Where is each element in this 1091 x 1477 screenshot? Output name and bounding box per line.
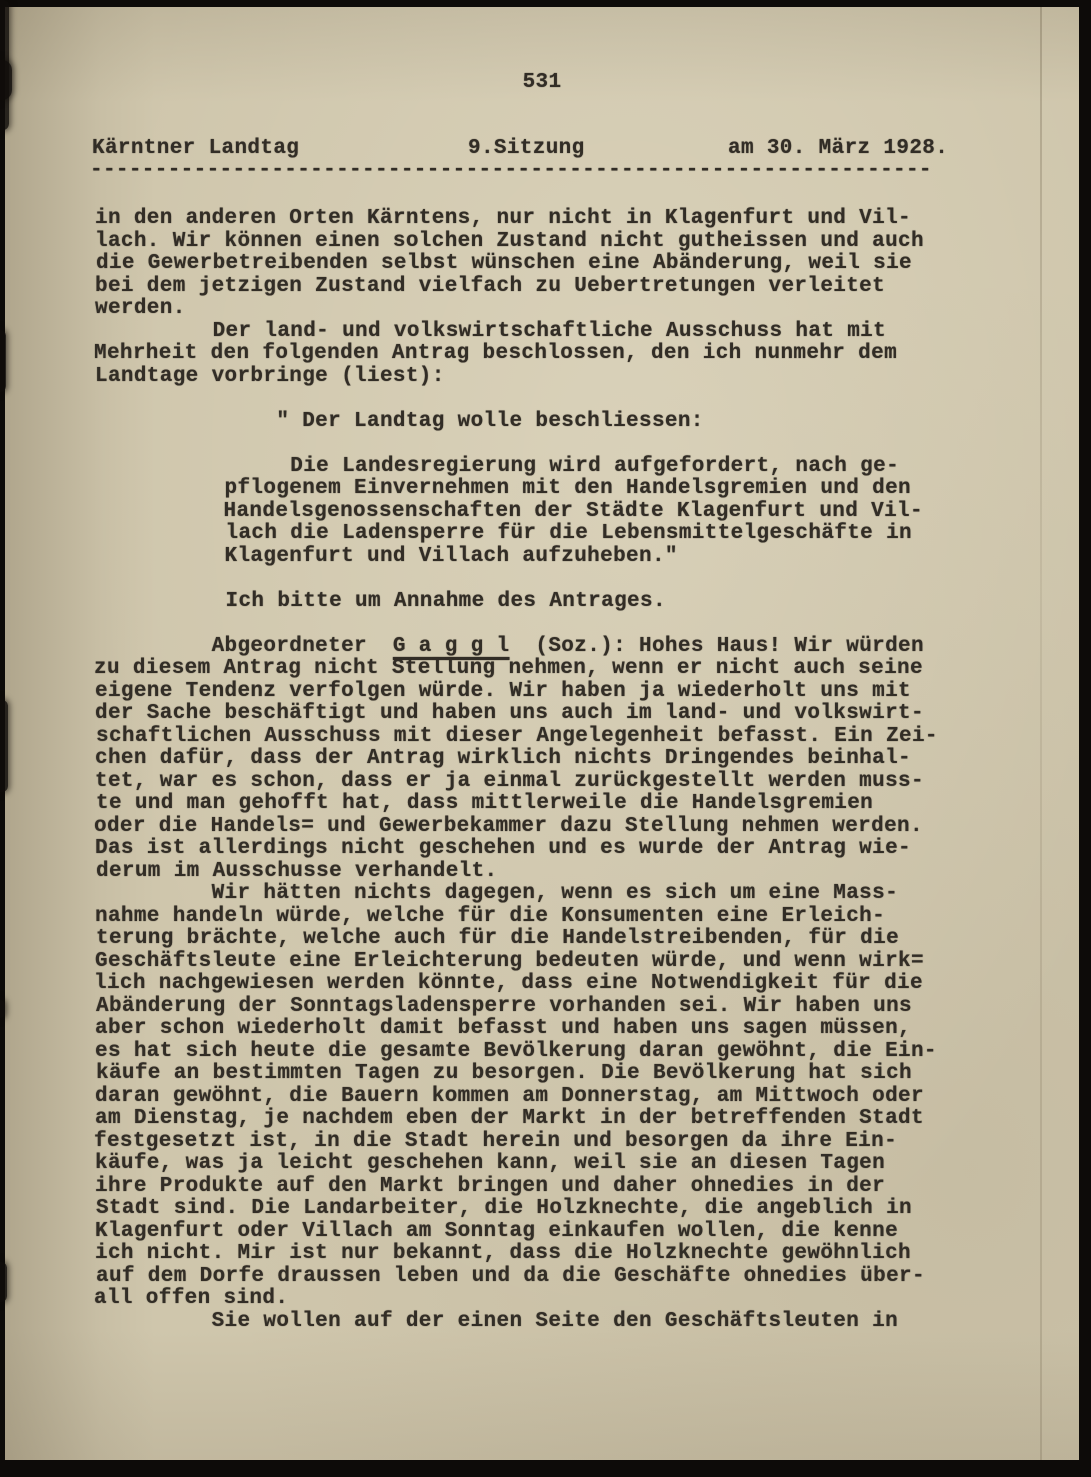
text-line: es hat sich heute die gesamte Bevölkerun… [95,1041,1059,1064]
text-line: nahme handeln würde, welche für die Kons… [95,906,1059,929]
text-line: Klagenfurt und Villach aufzuheben." [95,546,1059,569]
text-segment: (Soz.): Hohes Haus! Wir würden [509,635,923,658]
header-session-number: 9.Sitzung [468,137,585,160]
text-line: Das ist allerdings nicht geschehen und e… [95,838,1059,861]
text-line: käufe, was ja leicht geschehen kann, wei… [95,1153,1059,1176]
text-line: Sie wollen auf der einen Seite den Gesch… [95,1311,1059,1334]
text-line: Mehrheit den folgenden Antrag beschlosse… [94,343,1058,366]
text-line: derum im Ausschusse verhandelt. [96,861,1060,884]
scan-edge-mark [0,700,8,792]
text-line: bei dem jetzigen Zustand vielfach zu Ueb… [95,276,1059,299]
text-line: in den anderen Orten Kärntens, nur nicht… [95,208,1059,231]
text-line: festgesetzt ist, in die Stadt herein und… [94,1131,1058,1154]
text-line: Die Landesregierung wird aufgefordert, n… [96,456,1060,479]
paper-crease-line [1040,7,1042,1460]
text-line: te und man gehofft hat, dass mittlerweil… [96,793,1060,816]
text-line: terung brächte, welche auch für die Hand… [96,928,1060,951]
text-line: Wir hätten nichts dagegen, wenn es sich … [95,883,1059,906]
text-line: werden. [95,298,1059,321]
text-line: Handelsgenossenschaften der Städte Klage… [94,501,1058,524]
text-line: Geschäftsleute eine Erleichterung bedeut… [95,951,1059,974]
text-line: Stadt sind. Die Landarbeiter, die Holzkn… [96,1198,1060,1221]
text-line: zu diesem Antrag nicht Stellung nehmen, … [94,658,1058,681]
text-line: der Sache beschäftigt und haben uns auch… [95,703,1059,726]
text-line: tet, war es schon, dass er ja einmal zur… [95,771,1059,794]
text-line: all offen sind. [94,1288,1058,1311]
text-line: schaftlichen Ausschuss mit dieser Angele… [96,726,1060,749]
scan-edge-mark [0,1262,7,1302]
text-line: Klagenfurt oder Villach am Sonntag einka… [95,1221,1059,1244]
scan-edge-mark [0,330,6,392]
text-segment: Abgeordneter [95,635,393,658]
text-line: Abänderung der Sonntagsladensperre vorha… [96,996,1060,1019]
header-session-body: Kärntner Landtag [92,137,299,160]
text-line: Abgeordneter G a g g l (Soz.): Hohes Hau… [95,636,1059,659]
text-line: pflogenem Einvernehmen mit den Handelsgr… [95,478,1059,501]
text-line: Der land- und volkswirtschaftliche Aussc… [96,321,1060,344]
text-line [95,568,1059,591]
text-line [95,613,1059,636]
underlined-speaker-name: G a g g l [393,635,510,658]
text-line: Landtage vorbringe (liest): [95,366,1059,389]
scan-edge-mark [0,60,12,100]
page-number: 531 [5,71,1079,94]
text-line: " Der Landtag wolle beschliessen: [95,411,1059,434]
text-line: aber schon wiederholt damit befasst und … [95,1018,1059,1041]
text-line: Ich bitte um Annahme des Antrages. [96,591,1060,614]
text-line [96,388,1060,411]
text-line: lach die Ladensperre für die Lebensmitte… [96,523,1060,546]
text-line: daran gewöhnt, die Bauern kommen am Donn… [95,1086,1059,1109]
header-session-date: am 30. März 1928. [728,137,948,160]
text-line: lich nachgewiesen werden könnte, dass ei… [94,973,1058,996]
text-line: chen dafür, dass der Antrag wirklich nic… [95,748,1059,771]
scan-edge-mark [0,1000,5,1018]
text-line: eigene Tendenz verfolgen würde. Wir habe… [95,681,1059,704]
text-line [95,433,1059,456]
scanned-document-page: { "document": { "kind": "scanned typewri… [0,0,1091,1477]
dashed-divider: ----------------------------------------… [90,159,932,182]
text-line: käufe an bestimmten Tagen zu besorgen. D… [96,1063,1060,1086]
paper-sheet: 531 Kärntner Landtag 9.Sitzung am 30. Mä… [5,7,1079,1460]
text-line: lach. Wir können einen solchen Zustand n… [95,231,1059,254]
text-line: ihre Produkte auf den Markt bringen und … [95,1176,1059,1199]
typewritten-body: in den anderen Orten Kärntens, nur nicht… [95,208,1059,1333]
text-line: am Dienstag, je nachdem eben der Markt i… [95,1108,1059,1131]
text-line: auf dem Dorfe draussen leben und da die … [96,1266,1060,1289]
text-line: die Gewerbetreibenden selbst wünschen ei… [96,253,1060,276]
text-line: oder die Handels= und Gewerbekammer dazu… [94,816,1058,839]
text-line: ich nicht. Mir ist nur bekannt, dass die… [95,1243,1059,1266]
